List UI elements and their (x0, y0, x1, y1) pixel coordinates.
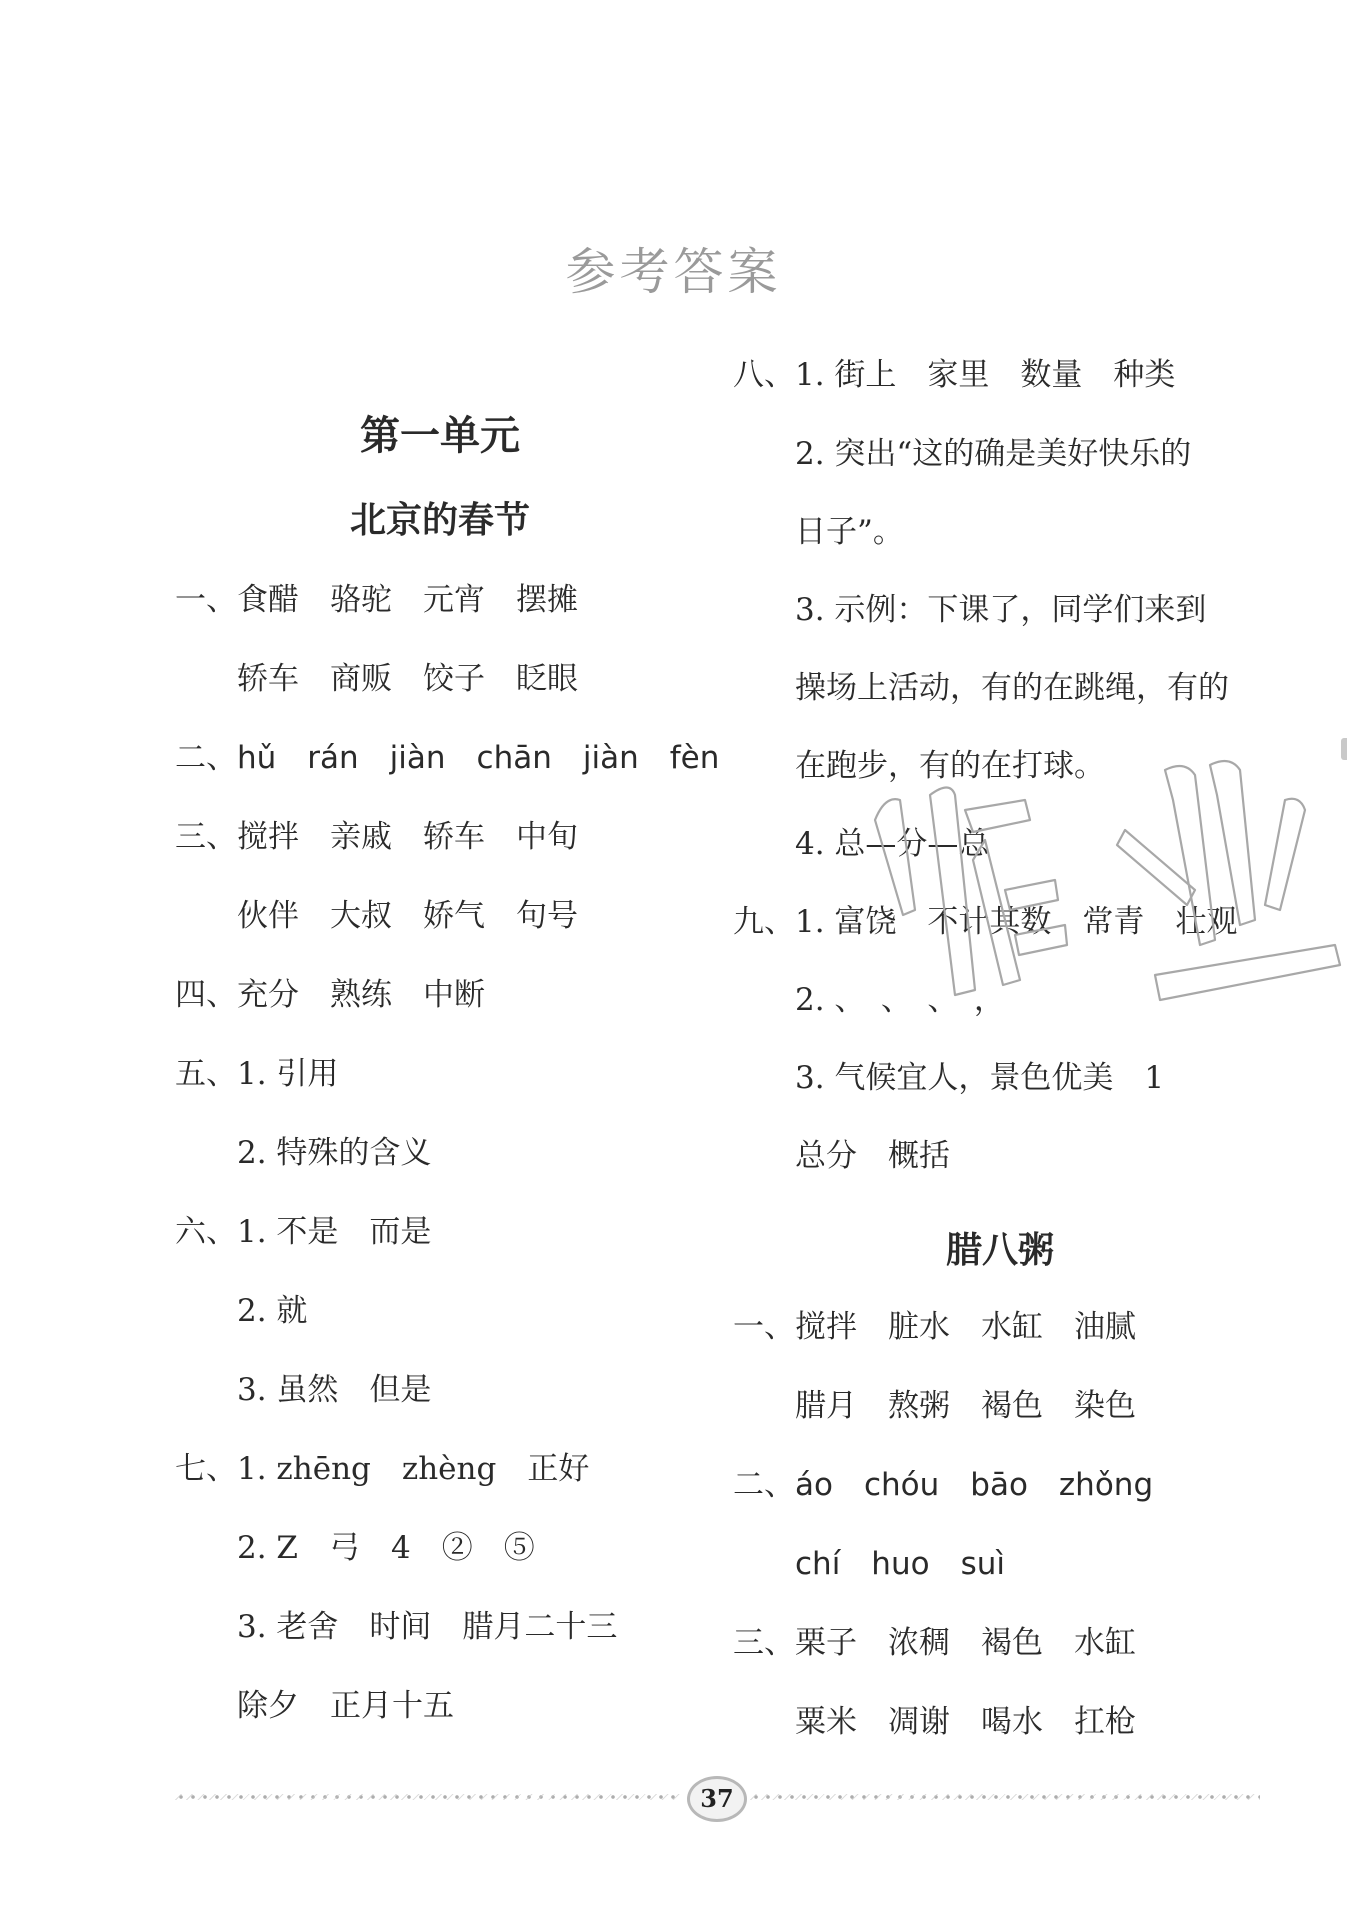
answer-line: 二、hǔ rán jiàn chān jiàn fèn (175, 738, 719, 778)
answer-line: 一、搅拌 脏水 水缸 油腻 (733, 1307, 1136, 1347)
answer-line: 总分 概括 (733, 1136, 950, 1176)
decorative-border-left (175, 1790, 680, 1804)
answer-line: 七、1. zhēng zhèng 正好 (175, 1449, 589, 1489)
answer-line: 三、搅拌 亲戚 轿车 中旬 (175, 817, 578, 857)
answer-line: 九、1. 富饶 不计其数 常青 壮观 (733, 902, 1237, 942)
answer-line: 八、1. 街上 家里 数量 种类 (733, 355, 1175, 395)
answer-line: 2. 特殊的含义 (175, 1133, 431, 1173)
answer-line: 2. 、 、 、 ， (733, 980, 1005, 1020)
answer-line: 在跑步，有的在打球。 (733, 746, 1105, 786)
answer-line: chí huo suì (733, 1544, 1005, 1584)
answer-line: 操场上活动，有的在跳绳，有的 (733, 668, 1229, 708)
answer-line: 伙伴 大叔 娇气 句号 (175, 896, 578, 936)
answer-line: 五、1. 引用 (175, 1054, 338, 1094)
answer-line: 四、充分 熟练 中断 (175, 975, 485, 1015)
answer-line: 4. 总—分—总 (733, 824, 989, 864)
answer-line: 2. 就 (175, 1291, 307, 1331)
answer-line: 一、食醋 骆驼 元宵 摆摊 (175, 580, 578, 620)
page-number: 37 (687, 1776, 747, 1822)
answer-line: 粟米 凋谢 喝水 扛枪 (733, 1702, 1136, 1742)
answer-line: 腊月 熬粥 褐色 染色 (733, 1386, 1136, 1426)
page-title: 参考答案 (0, 232, 1347, 304)
answer-line: 三、栗子 浓稠 褐色 水缸 (733, 1623, 1136, 1663)
answer-line: 2. 突出“这的确是美好快乐的 (733, 434, 1191, 474)
page-footer: 37 (175, 1782, 1260, 1812)
unit-heading: 第一单元 (300, 404, 580, 461)
answer-line: 六、1. 不是 而是 (175, 1212, 431, 1252)
answer-line: 3. 老舍 时间 腊月二十三 (175, 1607, 617, 1647)
decorative-border-right (750, 1790, 1260, 1804)
page-edge-mark (1341, 738, 1347, 760)
answer-line: 2. Z 弓 4 ② ⑤ (175, 1528, 535, 1568)
answer-line: 日子”。 (733, 512, 904, 552)
answer-line: 3. 气候宜人，景色优美 1 (733, 1058, 1164, 1098)
lesson-heading: 腊八粥 (860, 1222, 1140, 1273)
lesson-heading: 北京的春节 (300, 492, 580, 543)
answer-line: 二、áo chóu bāo zhǒng (733, 1465, 1153, 1505)
answer-line: 3. 虽然 但是 (175, 1370, 431, 1410)
answer-line: 除夕 正月十五 (175, 1686, 454, 1726)
answer-line: 轿车 商贩 饺子 眨眼 (175, 659, 578, 699)
answer-line: 3. 示例：下课了，同学们来到 (733, 590, 1206, 630)
